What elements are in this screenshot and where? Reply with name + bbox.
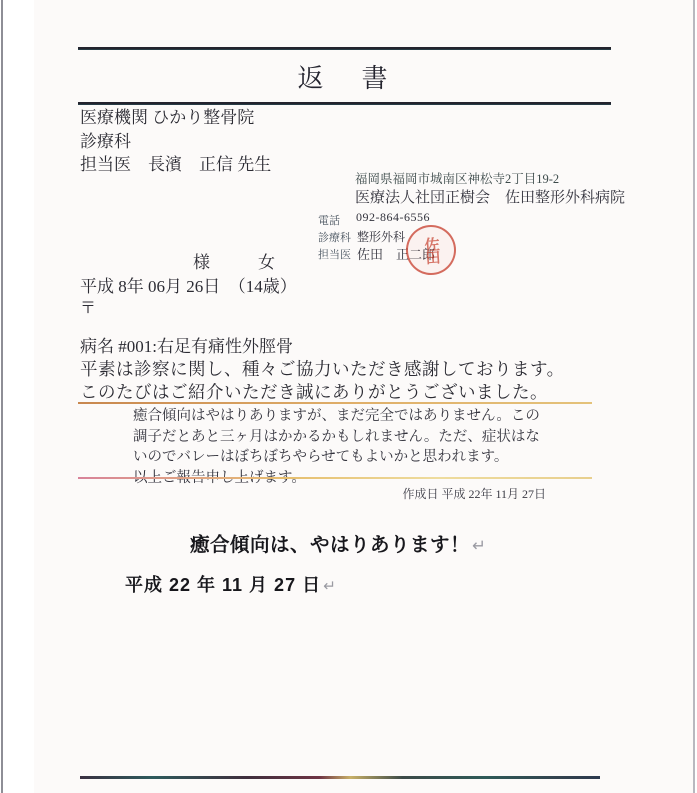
- linebreak-mark-icon: ↵: [472, 536, 486, 555]
- created-date: 作成日 平成 22年 11月 27日: [300, 485, 546, 502]
- report-line: いのでバレーはぼちぼちやらせてもよいかと思われます。: [133, 447, 540, 468]
- postal-mark: 〒: [80, 295, 96, 318]
- greeting-line-1: 平素は診察に関し、種々ご協力いただき感謝しております。: [80, 356, 565, 381]
- sender-department-value: 整形外科: [357, 228, 405, 245]
- sender-doctor-label: 担当医: [318, 246, 351, 262]
- sender-address: 福岡県福岡市城南区神松寺2丁目19-2: [355, 169, 559, 187]
- highlight-note-text: 癒合傾向は、やはりあります！: [190, 534, 470, 556]
- separator-line-top: [78, 402, 592, 404]
- patient-honorific: 様: [193, 248, 210, 273]
- scan-edge-left: [1, 0, 3, 793]
- phone-label: 電話: [318, 212, 340, 228]
- annotation-date-text: 平成 22 年 11 月 27 日: [125, 575, 321, 595]
- highlight-note: 癒合傾向は、やはりあります！↵: [190, 529, 486, 557]
- hanko-stamp-text: 佐田: [420, 236, 443, 263]
- linebreak-mark-icon: ↵: [323, 578, 337, 595]
- annotation-date: 平成 22 年 11 月 27 日↵: [125, 571, 337, 597]
- separator-line-bottom: [78, 477, 592, 479]
- diagnosis-line: 病名 #001:右足有痛性外脛骨: [80, 332, 293, 357]
- title-char-left: 返: [297, 64, 327, 93]
- patient-birthdate-age: 平成 8年 06月 26日 （14歳）: [80, 272, 297, 297]
- recipient-block: 医療機関 ひかり整骨院 診療科 担当医 長濱 正信 先生: [80, 106, 271, 177]
- document-title: 返書: [78, 58, 611, 95]
- sender-organization: 医療法人社団正樹会 佐田整形外科病院: [355, 186, 625, 207]
- footer-rule: [80, 776, 600, 779]
- sender-department-label: 診療科: [318, 229, 351, 245]
- header-rule-bottom: [78, 102, 611, 105]
- report-line: 調子だとあと三ヶ月はかかるかもしれません。ただ、症状はな: [133, 427, 540, 448]
- scan-edge-right: [693, 0, 695, 793]
- title-char-right: 書: [362, 64, 392, 93]
- phone-value: 092-864-6556: [356, 210, 430, 225]
- report-line: 癒合傾向はやはりありますが、まだ完全ではありません。この: [133, 406, 540, 427]
- greeting-line-2: このたびはご紹介いただき誠にありがとうございました。: [80, 379, 548, 404]
- patient-sex: 女: [258, 248, 275, 273]
- header-rule-top: [78, 47, 611, 50]
- report-paragraph: 癒合傾向はやはりありますが、まだ完全ではありません。この 調子だとあと三ヶ月はか…: [133, 406, 540, 488]
